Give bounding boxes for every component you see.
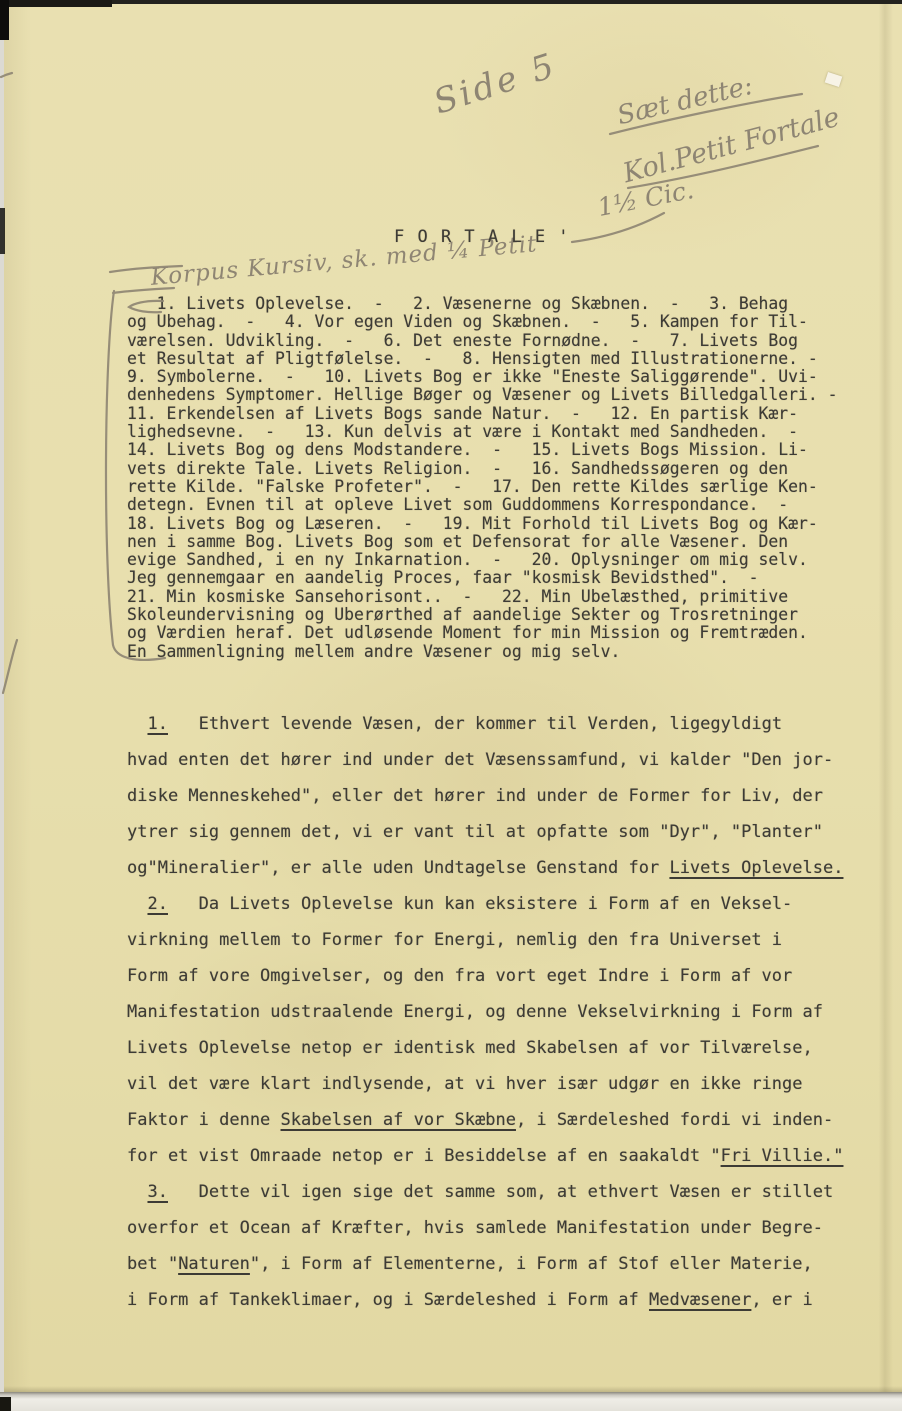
toc-line: Skoleundervisning og Uberørthed af aande… bbox=[127, 606, 838, 624]
body-line: overfor et Ocean af Kræfter, hvis samled… bbox=[127, 1210, 843, 1246]
table-of-contents-block: 1. Livets Oplevelse. - 2. Væsenerne og S… bbox=[127, 295, 838, 661]
body-line: ytrer sig gennem det, vi er vant til at … bbox=[127, 814, 843, 850]
body-line: og"Mineralier", er alle uden Undtagelse … bbox=[127, 850, 843, 886]
toc-line: 14. Livets Bog og dens Modstandere. - 15… bbox=[127, 441, 838, 459]
body-line: i Form af Tankeklimaer, og i Særdeleshed… bbox=[127, 1282, 843, 1318]
toc-line: detegn. Evnen til at opleve Livet som Gu… bbox=[127, 496, 838, 514]
toc-line: Jeg gennemgaar en aandelig Proces, faar … bbox=[127, 569, 838, 587]
body-text-block: 1. Ethvert levende Væsen, der kommer til… bbox=[127, 706, 843, 1318]
toc-line: 1. Livets Oplevelse. - 2. Væsenerne og S… bbox=[127, 295, 838, 313]
toc-line: nen i samme Bog. Livets Bog som et Defen… bbox=[127, 533, 838, 551]
scan-left-tick bbox=[0, 208, 5, 254]
toc-line: evige Sandhed, i en ny Inkarnation. - 20… bbox=[127, 551, 838, 569]
toc-line: og Værdien heraf. Det udløsende Moment f… bbox=[127, 624, 838, 642]
body-line: Livets Oplevelse netop er identisk med S… bbox=[127, 1030, 843, 1066]
body-line: 3. Dette vil igen sige det samme som, at… bbox=[127, 1174, 843, 1210]
scan-bottom-left-mark bbox=[0, 1397, 11, 1411]
para-1: 1. Ethvert levende Væsen, der kommer til… bbox=[127, 706, 843, 886]
toc-line: 21. Min kosmiske Sansehorisont.. - 22. M… bbox=[127, 588, 838, 606]
scan-top-edge bbox=[0, 0, 902, 4]
body-line: 1. Ethvert levende Væsen, der kommer til… bbox=[127, 706, 843, 742]
body-line: 2. Da Livets Oplevelse kun kan eksistere… bbox=[127, 886, 843, 922]
toc-line: denhedens Symptomer. Hellige Bøger og Væ… bbox=[127, 386, 838, 404]
scan-top-edge-left bbox=[0, 0, 112, 7]
body-line: vil det være klart indlysende, at vi hve… bbox=[127, 1066, 843, 1102]
body-line: diske Menneskehed", eller det hører ind … bbox=[127, 778, 843, 814]
para-3: 3. Dette vil igen sige det samme som, at… bbox=[127, 1174, 843, 1318]
body-line: Form af vore Omgivelser, og den fra vort… bbox=[127, 958, 843, 994]
toc-line: 18. Livets Bog og Læseren. - 19. Mit For… bbox=[127, 515, 838, 533]
body-line: Faktor i denne Skabelsen af vor Skæbne, … bbox=[127, 1102, 843, 1138]
toc-line: lighedsevne. - 13. Kun delvis at være i … bbox=[127, 423, 838, 441]
body-line: for et vist Omraade netop er i Besiddels… bbox=[127, 1138, 843, 1174]
para-2: 2. Da Livets Oplevelse kun kan eksistere… bbox=[127, 886, 843, 1174]
toc-line: værelsen. Udvikling. - 6. Det eneste For… bbox=[127, 332, 838, 350]
toc-line: rette Kilde. "Falske Profeter". - 17. De… bbox=[127, 478, 838, 496]
toc-line: En Sammenligning mellem andre Væsener og… bbox=[127, 643, 838, 661]
toc-line: vets direkte Tale. Livets Religion. - 16… bbox=[127, 460, 838, 478]
body-line: virkning mellem to Former for Energi, ne… bbox=[127, 922, 843, 958]
toc-line: og Ubehag. - 4. Vor egen Viden og Skæbne… bbox=[127, 313, 838, 331]
scan-bottom-edge bbox=[0, 1392, 902, 1411]
body-line: bet "Naturen", i Form af Elementerne, i … bbox=[127, 1246, 843, 1282]
scanned-document-page: { "colors": { "paper": "#e8dfae", "ink":… bbox=[0, 0, 902, 1411]
toc-line: 9. Symbolerne. - 10. Livets Bog er ikke … bbox=[127, 368, 838, 386]
scan-corner-strip bbox=[0, 0, 9, 40]
toc-line: 11. Erkendelsen af Livets Bogs sande Nat… bbox=[127, 405, 838, 423]
body-line: hvad enten det hører ind under det Væsen… bbox=[127, 742, 843, 778]
page-title: F O R T A L E ' bbox=[394, 227, 570, 247]
body-line: Manifestation udstraalende Energi, og de… bbox=[127, 994, 843, 1030]
toc-line: et Resultat af Pligtfølelse. - 8. Hensig… bbox=[127, 350, 838, 368]
